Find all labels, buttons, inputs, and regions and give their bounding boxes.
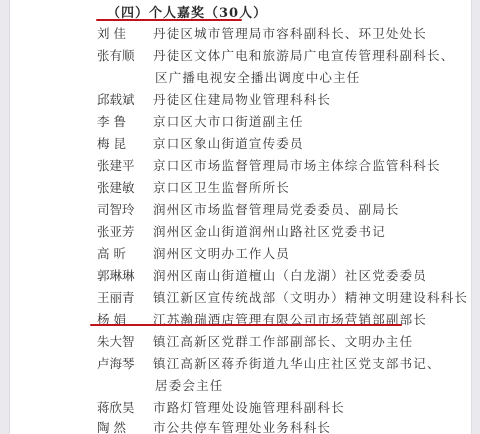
list-item: 邱载斌丹徒区住建局物业管理科科长 [10,90,471,112]
person-title: 京口区大市口街道副主任 [153,112,304,130]
person-title: 丹徒区住建局物业管理科科长 [153,90,331,108]
document-page: （四）个人嘉奖（30人） 刘 佳丹徒区城市管理局市容科副科长、环卫处处长 张有顺… [9,0,472,434]
list-item: 张建平京口区市场监督管理局市场主体综合监管科科长 [10,156,471,178]
person-name: 张亚芳 [97,222,147,240]
heading-underline [96,19,242,21]
person-name: 陶 然 [97,418,147,434]
person-name: 卢海琴 [97,354,147,372]
person-title: 京口区卫生监督所所长 [153,178,290,196]
person-name: 李 鲁 [97,112,147,130]
list-item: 司智玲润州区市场监督管理局党委委员、副局长 [10,200,471,222]
person-name: 张建敏 [97,178,147,196]
list-item: 郭琳琳润州区南山街道檀山（白龙湖）社区党委委员 [10,266,471,288]
list-item: 蒋欣昊市路灯管理处设施管理科副科长 [10,398,471,420]
person-name: 邱载斌 [97,90,147,108]
person-title: 区广播电视安全播出调度中心主任 [155,68,361,86]
list-item: 张亚芳润州区金山街道润州山路社区党委书记 [10,222,471,244]
person-title: 居委会主任 [155,376,224,394]
list-item: 卢海琴镇江高新区蒋乔街道九华山庄社区党支部书记、 [10,354,471,376]
list-item: 张建敏京口区卫生监督所所长 [10,178,471,200]
person-name: 王丽青 [97,288,147,306]
list-item: 李 鲁京口区大市口街道副主任 [10,112,471,134]
list-item-continuation: 居委会主任 [10,376,471,398]
person-name: 司智玲 [97,200,147,218]
person-title: 润州区南山街道檀山（白龙湖）社区党委委员 [153,266,427,284]
list-item: 刘 佳丹徒区城市管理局市容科副科长、环卫处处长 [10,24,471,46]
person-title: 丹徒区文体广电和旅游局广电宣传管理科副科长、 [153,46,454,64]
person-title: 润州区市场监督管理局党委委员、副局长 [153,200,400,218]
person-title: 润州区文明办工作人员 [153,244,290,262]
person-title: 京口区市场监督管理局市场主体综合监管科科长 [153,156,441,174]
person-name: 朱大智 [97,332,147,350]
person-name: 梅 昆 [97,134,147,152]
person-title: 润州区金山街道润州山路社区党委书记 [153,222,386,240]
list-item: 张有顺丹徒区文体广电和旅游局广电宣传管理科副科长、 [10,46,471,68]
person-title: 市路灯管理处设施管理科副科长 [153,398,345,416]
person-name: 刘 佳 [97,24,147,42]
list-item: 朱大智镇江高新区党群工作部副部长、文明办主任 [10,332,471,354]
person-title: 镇江高新区党群工作部副部长、文明办主任 [153,332,413,350]
list-item-highlighted: 杨 娟江苏瀚瑞酒店管理有限公司市场营销部副部长 [10,310,471,332]
person-name: 郭琳琳 [97,266,147,284]
list-item: 陶 然市公共停车管理处业务科科长 [10,418,471,434]
person-title: 镇江高新区蒋乔街道九华山庄社区党支部书记、 [153,354,441,372]
person-title: 镇江新区宣传统战部（文明办）精神文明建设科科长 [153,288,468,306]
person-name: 张建平 [97,156,147,174]
person-title: 市公共停车管理处业务科科长 [153,418,331,434]
highlight-underline [90,324,402,326]
list-item: 高 昕润州区文明办工作人员 [10,244,471,266]
list-item: 梅 昆京口区象山街道宣传委员 [10,134,471,156]
list-item: 王丽青镇江新区宣传统战部（文明办）精神文明建设科科长 [10,288,471,310]
person-name: 张有顺 [97,46,147,64]
list-item-continuation: 区广播电视安全播出调度中心主任 [10,68,471,90]
person-name: 高 昕 [97,244,147,262]
person-name: 蒋欣昊 [97,398,147,416]
person-title: 京口区象山街道宣传委员 [153,134,304,152]
person-title: 丹徒区城市管理局市容科副科长、环卫处处长 [153,24,427,42]
